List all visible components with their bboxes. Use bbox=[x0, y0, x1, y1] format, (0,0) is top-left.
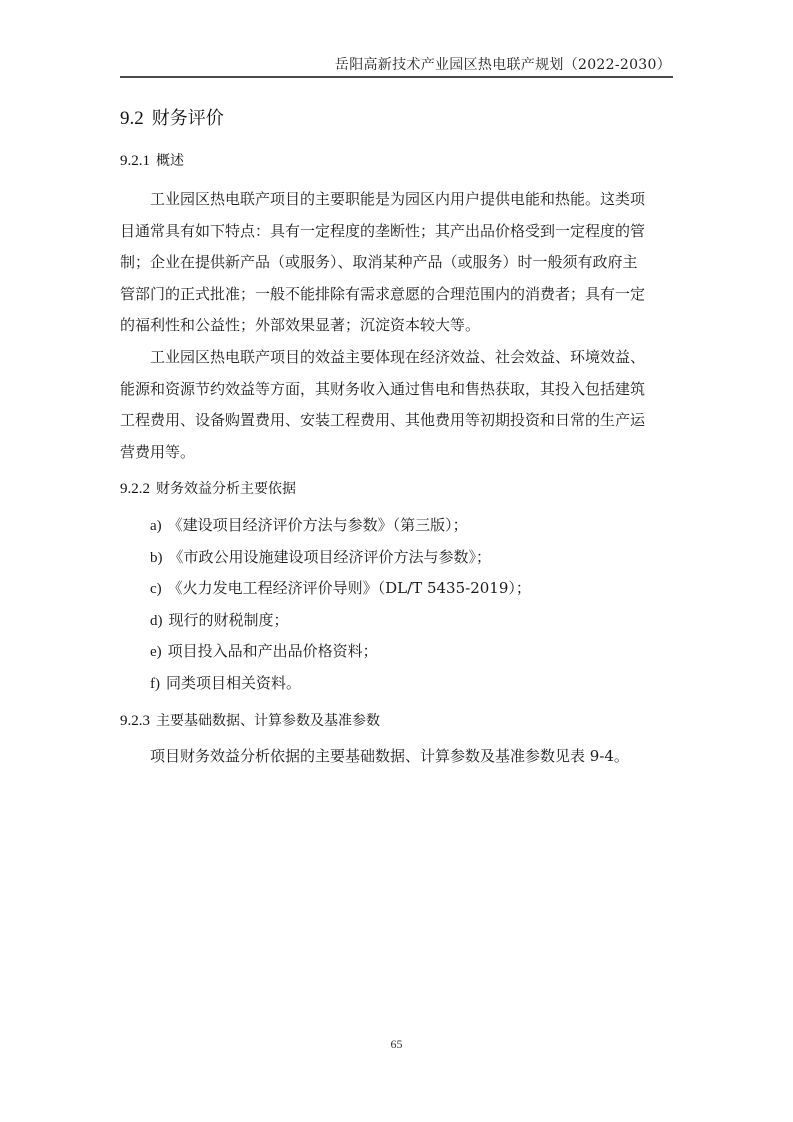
paragraph-overview-2: 工业园区热电联产项目的效益主要体现在经济效益、社会效益、环境效益、 能源和资源节… bbox=[120, 342, 673, 468]
list-item-text: 《火力发电工程经济评价导则》（DL/T 5435-2019）； bbox=[168, 579, 531, 597]
subsection-title-text: 财务效益分析主要依据 bbox=[156, 481, 296, 497]
subsection-heading-basis: 9.2.2财务效益分析主要依据 bbox=[120, 478, 296, 498]
section-title-text: 财务评价 bbox=[152, 108, 224, 129]
subsection-number: 9.2.3 bbox=[120, 713, 150, 729]
list-item: a)《建设项目经济评价方法与参数》（第三版）； bbox=[150, 510, 531, 542]
list-item-text: 项目投入品和产出品价格资料； bbox=[168, 642, 378, 660]
paragraph-line: 工程费用、设备购置费用、安装工程费用、其他费用等初期投资和日常的生产运 bbox=[120, 405, 673, 437]
list-marker: c) bbox=[150, 581, 162, 597]
list-marker: f) bbox=[150, 676, 160, 692]
paragraph-line: 制；企业在提供新产品（或服务）、取消某种产品（或服务）时一般须有政府主 bbox=[120, 247, 673, 279]
list-marker: e) bbox=[150, 644, 162, 660]
paragraph-line: 能源和资源节约效益等方面，其财务收入通过售电和售热获取，其投入包括建筑 bbox=[120, 374, 673, 406]
subsection-title-text: 主要基础数据、计算参数及基准参数 bbox=[156, 713, 380, 729]
subsection-number: 9.2.1 bbox=[120, 153, 150, 169]
paragraph-line: 项目财务效益分析依据的主要基础数据、计算参数及基准参数见表 9-4。 bbox=[120, 741, 673, 773]
subsection-heading-overview: 9.2.1概述 bbox=[120, 150, 184, 170]
section-heading: 9.2财务评价 bbox=[120, 104, 224, 130]
subsection-number: 9.2.2 bbox=[120, 481, 150, 497]
paragraph-base-data: 项目财务效益分析依据的主要基础数据、计算参数及基准参数见表 9-4。 bbox=[120, 741, 673, 773]
list-marker: a) bbox=[150, 518, 162, 534]
paragraph-line: 工业园区热电联产项目的效益主要体现在经济效益、社会效益、环境效益、 bbox=[120, 342, 673, 374]
list-marker: b) bbox=[150, 550, 163, 566]
running-header: 岳阳高新技术产业园区热电联产规划（2022-2030） bbox=[120, 52, 673, 78]
subsection-heading-base-data: 9.2.3主要基础数据、计算参数及基准参数 bbox=[120, 710, 380, 730]
paragraph-line: 工业园区热电联产项目的主要职能是为园区内用户提供电能和热能。这类项 bbox=[120, 184, 673, 216]
list-item: e)项目投入品和产出品价格资料； bbox=[150, 636, 531, 668]
paragraph-line: 的福利性和公益性；外部效果显著；沉淀资本较大等。 bbox=[120, 310, 673, 342]
paragraph-overview-1: 工业园区热电联产项目的主要职能是为园区内用户提供电能和热能。这类项 目通常具有如… bbox=[120, 184, 673, 342]
list-item-text: 《市政公用设施建设项目经济评价方法与参数》； bbox=[169, 548, 492, 566]
list-item: f)同类项目相关资料。 bbox=[150, 668, 531, 700]
list-item-text: 现行的财税制度； bbox=[169, 611, 289, 629]
document-title: 岳阳高新技术产业园区热电联产规划（2022-2030） bbox=[335, 54, 671, 74]
page-number: 65 bbox=[0, 1037, 793, 1052]
paragraph-line: 管部门的正式批准；一般不能排除有需求意愿的合理范围内的消费者；具有一定 bbox=[120, 279, 673, 311]
list-item: d)现行的财税制度； bbox=[150, 605, 531, 637]
list-item: c)《火力发电工程经济评价导则》（DL/T 5435-2019）； bbox=[150, 573, 531, 605]
list-item: b)《市政公用设施建设项目经济评价方法与参数》； bbox=[150, 542, 531, 574]
list-item-text: 《建设项目经济评价方法与参数》（第三版）； bbox=[168, 516, 468, 534]
list-marker: d) bbox=[150, 613, 163, 629]
list-item-text: 同类项目相关资料。 bbox=[166, 674, 301, 692]
basis-list: a)《建设项目经济评价方法与参数》（第三版）； b)《市政公用设施建设项目经济评… bbox=[150, 510, 531, 699]
paragraph-line: 目通常具有如下特点：具有一定程度的垄断性；其产出品价格受到一定程度的管 bbox=[120, 216, 673, 248]
paragraph-line: 营费用等。 bbox=[120, 437, 673, 469]
subsection-title-text: 概述 bbox=[156, 153, 184, 169]
section-number: 9.2 bbox=[120, 108, 144, 129]
